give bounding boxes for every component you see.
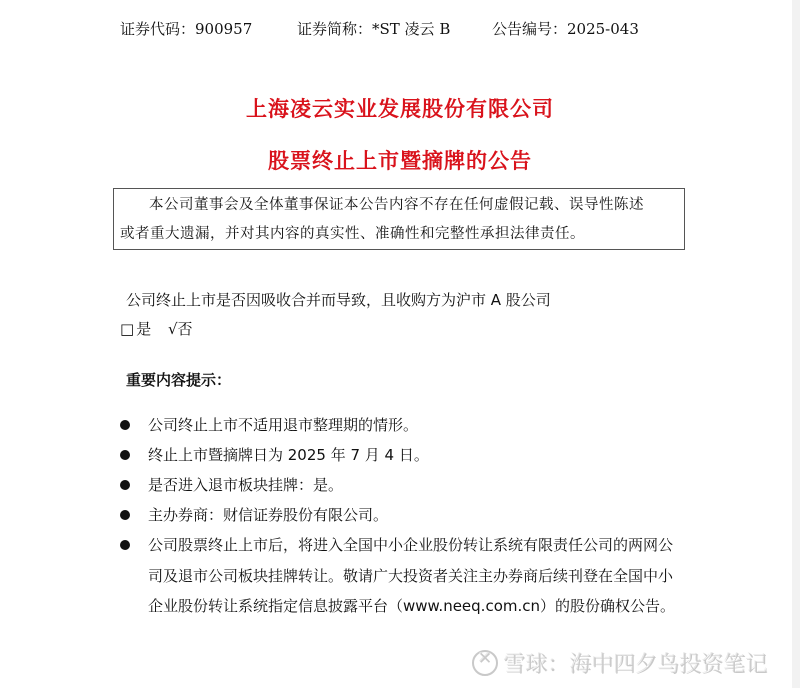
list-item-text: 公司股票终止上市后，将进入全国中小企业股份转让系统有限责任公司的两网公司及退市公…: [148, 536, 675, 615]
bullet-icon: [120, 480, 130, 490]
checkmark-icon: √: [168, 320, 178, 338]
unchecked-box-icon: □: [120, 320, 134, 338]
key-points-list: 公司终止上市不适用退市整理期的情形。 终止上市暨摘牌日为 2025 年 7 月 …: [120, 410, 680, 622]
board-guarantee-notice-box: 本公司董事会及全体董事保证本公告内容不存在任何虚假记载、误导性陈述 或者重大遗漏…: [113, 188, 685, 250]
bullet-icon: [120, 510, 130, 520]
company-name-title: 上海凌云实业发展股份有限公司: [0, 93, 800, 123]
notice-line-2: 或者重大遗漏，并对其内容的真实性、准确性和完整性承担法律责任。: [120, 220, 678, 249]
stock-code: 证券代码：900957: [120, 18, 252, 39]
list-item: 公司股票终止上市后，将进入全国中小企业股份转让系统有限责任公司的两网公司及退市公…: [120, 530, 680, 622]
xueqiu-logo-icon: [472, 650, 498, 676]
list-item-text: 终止上市暨摘牌日为 2025 年 7 月 4 日。: [148, 446, 429, 464]
list-item: 是否进入退市板块挂牌：是。: [120, 470, 680, 500]
bullet-icon: [120, 540, 130, 550]
bullet-icon: [120, 420, 130, 430]
announcement-subject-title: 股票终止上市暨摘牌的公告: [0, 145, 800, 175]
xueqiu-watermark: 雪球：海中四夕鸟投资笔记: [472, 648, 768, 679]
stock-short-name: 证券简称：*ST 凌云 B: [297, 18, 450, 39]
list-item-text: 公司终止上市不适用退市整理期的情形。: [148, 416, 418, 434]
announcement-number: 公告编号：2025-043: [492, 18, 639, 39]
merger-question: 公司终止上市是否因吸收合并而导致，且收购方为沪市 A 股公司: [126, 289, 551, 310]
list-item-text: 是否进入退市板块挂牌：是。: [148, 476, 343, 494]
list-item: 主办券商：财信证券股份有限公司。: [120, 500, 680, 530]
option-no-label: 否: [178, 320, 193, 338]
list-item: 终止上市暨摘牌日为 2025 年 7 月 4 日。: [120, 440, 680, 470]
notice-line-1: 本公司董事会及全体董事保证本公告内容不存在任何虚假记载、误导性陈述: [120, 191, 678, 220]
merger-question-options: □是 √否: [120, 318, 193, 339]
option-yes-label: 是: [136, 320, 151, 338]
list-item-text: 主办券商：财信证券股份有限公司。: [148, 506, 388, 524]
watermark-text: 雪球：海中四夕鸟投资笔记: [504, 653, 768, 678]
bullet-icon: [120, 450, 130, 460]
key-points-heading: 重要内容提示：: [126, 369, 231, 390]
list-item: 公司终止上市不适用退市整理期的情形。: [120, 410, 680, 440]
